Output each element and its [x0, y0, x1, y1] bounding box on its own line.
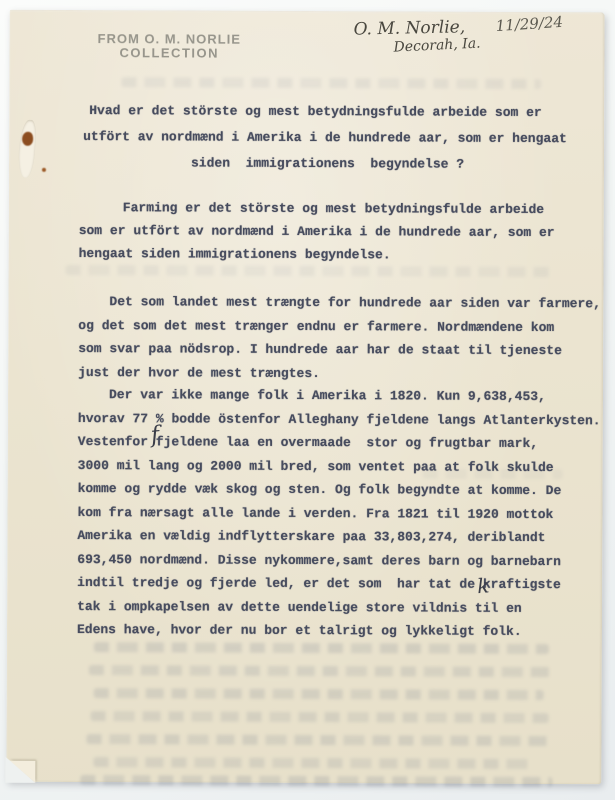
collection-stamp: FROM O. M. NORLIE COLLECTION [97, 32, 241, 61]
typewritten-line: siden immigrationens begyndelse ? [83, 150, 595, 178]
typewritten-line: 3000 mil lang og 2000 mil bred, som vent… [78, 454, 590, 480]
typewritten-line: Hvad er det störste og mest betydningsfu… [83, 98, 595, 126]
bleed-through-line [94, 688, 544, 700]
bleed-through-line [80, 775, 552, 787]
typewritten-line: og det som det mest trænger endnu er far… [78, 314, 590, 340]
typewritten-line: tak i ompkapelsen av dette uendelige sto… [77, 595, 589, 621]
bleed-through-line [89, 665, 551, 677]
typewritten-line: hengaat siden immigrationens begyndelse. [79, 242, 591, 267]
typewritten-line: Amerika en vældig indflytterskare paa 33… [77, 524, 589, 550]
bleed-through-line [91, 711, 549, 723]
bleed-through-line [93, 757, 533, 769]
bleed-through-line [121, 77, 541, 89]
handwritten-correction-k: k [476, 573, 490, 598]
paragraph-farmers: Det som landet mest trængte for hundrede… [78, 290, 590, 386]
typewritten-line: Farming er det störste og mest betydning… [79, 196, 591, 221]
typewritten-line: som svar paa nödsrop. I hundrede aar har… [78, 337, 590, 363]
typewritten-line: Der var ikke mange folk i Amerika i 1820… [78, 383, 590, 409]
damage-spot [22, 132, 33, 146]
typewritten-line: indtil tredje og fjerde led, er det som … [77, 571, 589, 597]
handwritten-place: Decorah, Ia. [393, 35, 481, 55]
typewritten-line: kom fra nærsagt alle lande i verden. Fra… [77, 501, 589, 527]
folded-corner [5, 757, 35, 783]
typewritten-line: 693,450 nordmænd. Disse nykommere,samt d… [77, 548, 589, 574]
typewritten-line: som er utfört av nordmænd i Amerika i de… [79, 219, 591, 244]
damage-speck [42, 168, 46, 172]
paragraph-answer: Farming er det störste og mest betydning… [79, 196, 591, 267]
document-page: FROM O. M. NORLIE COLLECTION O. M. Norli… [6, 10, 604, 785]
stamp-line-2: COLLECTION [97, 46, 240, 61]
typewritten-line: Det som landet mest trængte for hundrede… [78, 290, 590, 316]
bleed-through-line [94, 642, 549, 654]
typewritten-line: utfört av nordmænd i Amerika i de hundre… [83, 124, 595, 152]
paragraph-question: Hvad er det störste og mest betydningsfu… [83, 98, 595, 178]
handwritten-correction-f: f [150, 422, 161, 449]
bleed-through-line [86, 734, 548, 746]
paper-tear [17, 119, 37, 178]
typewritten-line: komme og rydde væk skog og sten. Og folk… [78, 477, 590, 503]
handwritten-date: 11/29/24 [495, 13, 563, 35]
typewritten-line: Edens have, hvor der nu bor et talrigt o… [77, 618, 589, 644]
